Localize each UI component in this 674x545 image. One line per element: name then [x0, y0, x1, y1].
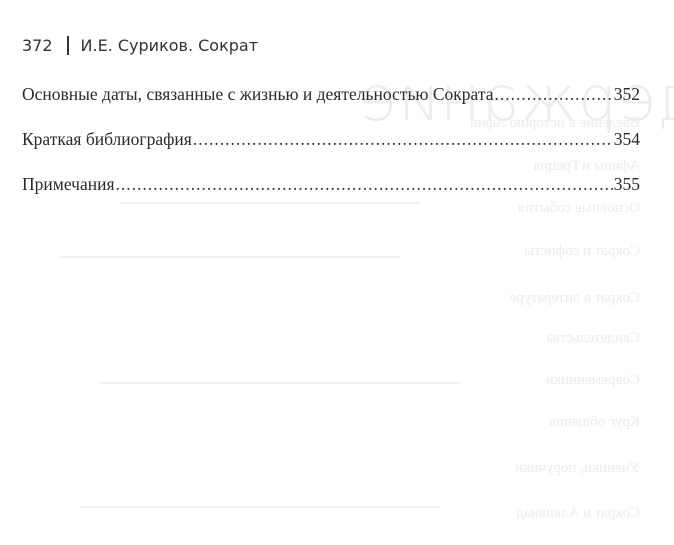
dot-leader	[116, 174, 613, 195]
dot-leader	[495, 84, 613, 105]
toc-entry[interactable]: Краткая библиография 354	[22, 129, 640, 174]
toc-entry-title: Краткая библиография	[22, 129, 192, 150]
header-separator	[67, 36, 69, 55]
bleed-through-line: Ученики, поручики	[20, 460, 640, 480]
toc-entry-page: 354	[614, 129, 640, 150]
toc-entry-page: 352	[614, 84, 640, 105]
bleed-through-rule	[60, 256, 400, 258]
toc-entry[interactable]: Примечания 355	[22, 174, 640, 219]
bleed-through-line: Современники	[20, 372, 640, 392]
running-title: И.Е. Суриков. Сократ	[81, 36, 259, 55]
page-number: 372	[22, 36, 53, 55]
running-head: 372 И.Е. Суриков. Сократ	[22, 36, 258, 55]
bleed-through-line: Круг общения	[20, 414, 640, 434]
toc-entry-page: 355	[614, 174, 640, 195]
bleed-through-line: Сократ в литературе	[20, 290, 640, 310]
bleed-through-rule	[100, 382, 460, 384]
toc-entry-title: Основные даты, связанные с жизнью и деят…	[22, 84, 494, 105]
bleed-through-rule	[80, 506, 440, 508]
bleed-through-line: Свидетельства	[20, 330, 640, 350]
toc-entry[interactable]: Основные даты, связанные с жизнью и деят…	[22, 84, 640, 129]
bleed-through-line: Сократ и софисты	[20, 243, 640, 263]
toc-entry-title: Примечания	[22, 174, 115, 195]
bleed-through-line: Сократ и Алкивиад	[20, 505, 640, 525]
bleed-through-layer: Содержание Введение в историю Афин Афины…	[0, 0, 674, 545]
table-of-contents: Основные даты, связанные с жизнью и деят…	[22, 84, 640, 219]
dot-leader	[193, 129, 613, 150]
